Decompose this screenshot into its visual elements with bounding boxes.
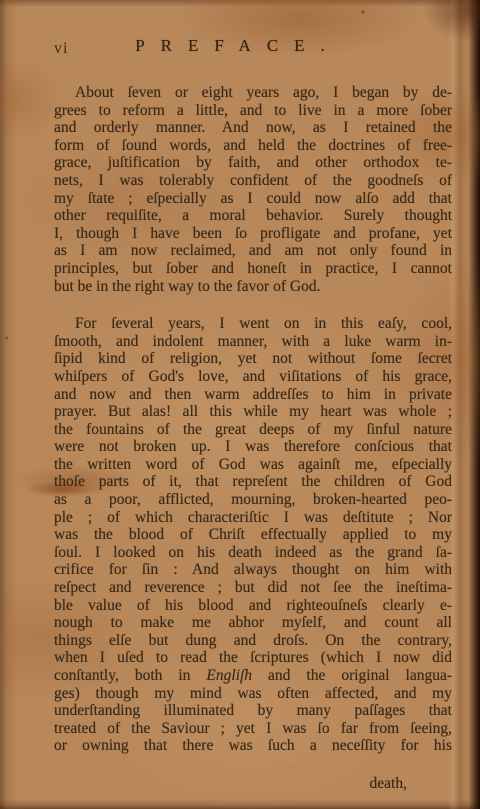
- paragraph: For ſeveral years, I went on in this eaſ…: [54, 315, 452, 755]
- text-line: grees to reform a little, and to live in…: [54, 102, 452, 120]
- text-line: I, though I have been ſo profligate and …: [54, 225, 452, 243]
- paragraph: About ſeven or eight years ago, I began …: [54, 84, 452, 295]
- text-line: the fountains of the great deeps of my ſ…: [54, 421, 452, 439]
- text-line: and now and then warm addreſſes to him i…: [54, 386, 452, 404]
- text-line: as I am now reclaimed, and am not only f…: [54, 242, 452, 260]
- text-line: treated of the Saviour ; yet I was ſo fa…: [54, 720, 452, 738]
- text-line: grace, juſtification by faith, and other…: [54, 154, 452, 172]
- text-line: crifice for ſin : And always thought on …: [54, 561, 452, 579]
- text-line: my ſtate ; eſpecially as I could now alſ…: [54, 190, 452, 208]
- text-line: underſtanding illuminated by many paſſag…: [54, 702, 452, 720]
- text-line: principles, but ſober and honeſt in prac…: [54, 260, 452, 278]
- text-line: were not broken up. I was therefore conſ…: [54, 438, 452, 456]
- text-line: or owning that there was ſuch a neceſſit…: [54, 737, 452, 755]
- text-line: form of ſound words, and held the doctri…: [54, 137, 452, 155]
- text-line: prayer. But alas! all this while my hear…: [54, 403, 452, 421]
- text-line: the written word of God was againſt me, …: [54, 456, 452, 474]
- text-line: conſtantly, both in Engliſh and the orig…: [54, 667, 452, 685]
- text-line: reſpect and reverence ; but did not ſee …: [54, 579, 452, 597]
- text-line: and orderly manner. And now, as I retain…: [54, 119, 452, 137]
- text-line: ple ; of which characteriſtic I was deſt…: [54, 509, 452, 527]
- text-line: thoſe parts of it, that repreſent the ch…: [54, 473, 452, 491]
- text-line: ble value of his blood and righteouſneſs…: [54, 597, 452, 615]
- text-line: nough to make me abhor myſelf, and count…: [54, 614, 452, 632]
- catchword: death,: [370, 775, 407, 792]
- text-block: About ſeven or eight years ago, I began …: [54, 84, 452, 793]
- text-line: ſipid kind of religion, yet not without …: [54, 350, 452, 368]
- text-line: things elſe but dung and droſs. On the c…: [54, 632, 452, 650]
- page-header: vi PREFACE.: [0, 36, 460, 62]
- page-number: vi: [54, 40, 68, 58]
- text-line: when I uſed to read the ſcriptures (whic…: [54, 649, 452, 667]
- text-line: whiſpers of God's love, and viſitations …: [54, 368, 452, 386]
- text-line: was the blood of Chriſt effectually appl…: [54, 526, 452, 544]
- catchword-row: death,: [54, 775, 452, 793]
- text-line: as a poor, afflicted, mourning, broken-h…: [54, 491, 452, 509]
- text-line: but be in the right way to the favor of …: [54, 278, 452, 296]
- text-line: nets, I was tolerably confident of the g…: [54, 172, 452, 190]
- page-title: PREFACE.: [119, 36, 341, 56]
- text-line: ges) though my mind was often affected, …: [54, 685, 452, 703]
- text-line: ſoul. I looked on his death indeed as th…: [54, 544, 452, 562]
- text-line: other requiſite, a moral behavior. Surel…: [54, 207, 452, 225]
- text-line: About ſeven or eight years ago, I began …: [54, 84, 452, 102]
- text-line: For ſeveral years, I went on in this eaſ…: [54, 315, 452, 333]
- text-line: ſmooth, and indolent manner, with a luke…: [54, 333, 452, 351]
- book-page-scan: vi PREFACE. About ſeven or eight years a…: [0, 0, 480, 809]
